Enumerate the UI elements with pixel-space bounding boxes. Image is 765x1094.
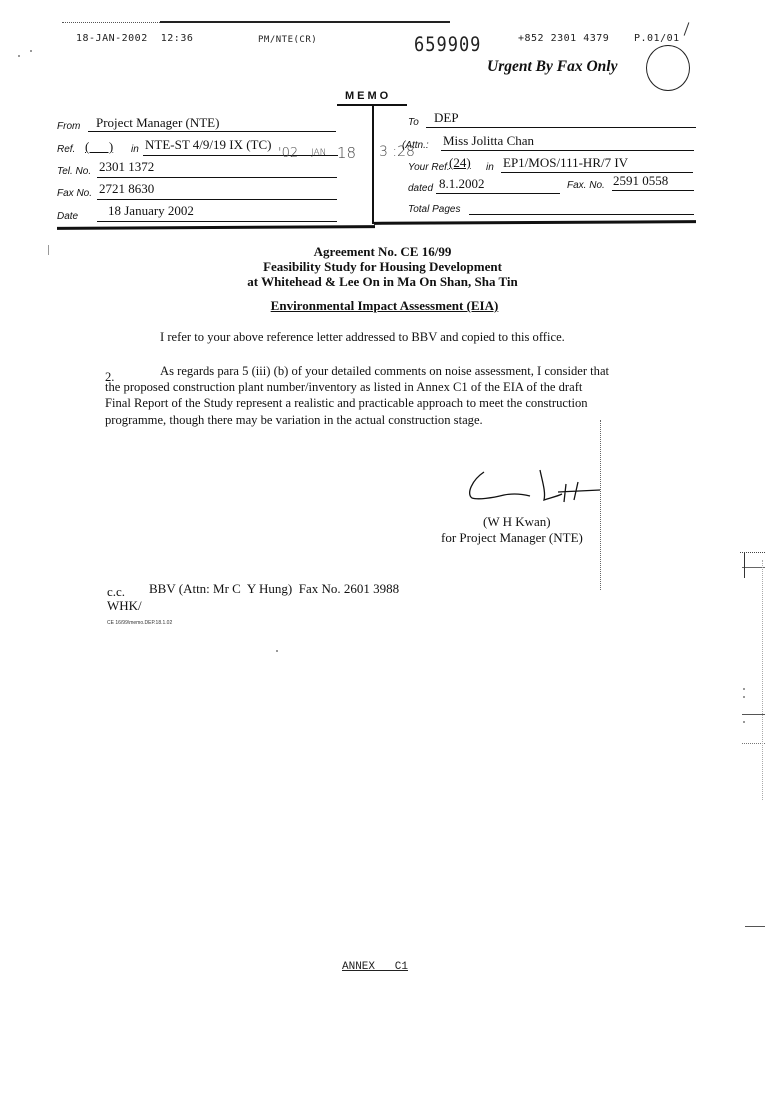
from-label: From <box>57 121 80 132</box>
tel-label: Tel. No. <box>57 166 91 177</box>
fax-label: Fax No. <box>57 188 92 199</box>
attn-label: (Attn.: <box>402 140 429 151</box>
scan-artifact-right-3 <box>744 553 745 578</box>
date-value: 18 January 2002 <box>108 203 194 219</box>
fax-sender-id: PM/NTE(CR) <box>258 35 317 45</box>
fax-phone: +852 2301 4379 <box>518 33 609 44</box>
stamp-month: JAN <box>311 148 326 158</box>
circle-mark <box>646 45 690 91</box>
fax-page-count: P.01/01 <box>634 33 680 44</box>
subject-line-4: Environmental Impact Assessment (EIA) <box>2 298 765 314</box>
body-paragraph-2-line-4: programme, though there may be variation… <box>105 413 483 428</box>
to-label: To <box>408 117 419 128</box>
your-ref-label: Your Ref. <box>408 162 450 173</box>
stamp-number: 659909 <box>414 34 481 57</box>
your-ref-value: (24) <box>449 155 471 171</box>
scan-artifact-right-7 <box>762 560 764 800</box>
body-paragraph-2-line-1: As regards para 5 (iii) (b) of your deta… <box>160 364 609 379</box>
cc-initials: WHK/ <box>107 598 142 614</box>
subject-line-2: Feasibility Study for Housing Developmen… <box>0 259 765 275</box>
to-value: DEP <box>434 110 459 126</box>
ref-paren: ( ) <box>85 139 113 155</box>
your-ref-file: EP1/MOS/111-HR/7 IV <box>503 155 628 171</box>
memo-divider <box>372 104 374 224</box>
to-fax-value: 2591 0558 <box>613 173 668 189</box>
signature-icon <box>462 462 602 507</box>
cc-text: BBV (Attn: Mr C Y Hung) Fax No. 2601 398… <box>149 581 399 597</box>
body-paragraph-2-line-2: the proposed construction plant number/i… <box>105 380 582 395</box>
urgent-note: Urgent By Fax Only <box>487 58 617 76</box>
signature-mark <box>462 462 602 507</box>
body-paragraph-2-line-3: Final Report of the Study represent a re… <box>105 396 588 411</box>
your-ref-in-label: in <box>486 162 494 173</box>
annex-label: ANNEX C1 <box>342 961 408 973</box>
file-reference: CE 16/99\memo.DEP.18.1.02 <box>107 620 172 626</box>
body-paragraph-1: I refer to your above reference letter a… <box>160 330 565 345</box>
attn-value: Miss Jolitta Chan <box>443 133 534 149</box>
subject-line-3: at Whitehead & Lee On in Ma On Shan, Sha… <box>0 274 765 290</box>
header-bottom-rule-right <box>374 220 696 225</box>
stamp-year: '02 <box>278 146 298 161</box>
from-value: Project Manager (NTE) <box>96 115 219 131</box>
ref-in-label: in <box>131 144 139 155</box>
fax-top-border-thick <box>160 21 450 23</box>
signatory-title: for Project Manager (NTE) <box>441 530 583 546</box>
to-fax-label: Fax. No. <box>567 180 605 191</box>
header-bottom-rule-left <box>57 225 375 230</box>
pen-tick-mark <box>684 22 690 35</box>
total-pages-label: Total Pages <box>408 204 460 215</box>
signatory-name: (W H Kwan) <box>483 514 551 530</box>
scan-artifact-right-6 <box>745 926 765 927</box>
fax-value: 2721 8630 <box>99 181 154 197</box>
ref-value: NTE-ST 4/9/19 IX (TC) <box>145 137 272 153</box>
subject-line-1: Agreement No. CE 16/99 <box>0 244 765 260</box>
memo-label: MEMO <box>345 90 391 102</box>
dated-label: dated <box>408 183 433 194</box>
stamp-day: 18 <box>337 144 356 162</box>
ref-label: Ref. <box>57 144 75 155</box>
dated-value: 8.1.2002 <box>439 176 485 192</box>
date-label: Date <box>57 211 78 222</box>
fax-datetime: 18-JAN-2002 12:36 <box>76 33 193 44</box>
tel-value: 2301 1372 <box>99 159 154 175</box>
